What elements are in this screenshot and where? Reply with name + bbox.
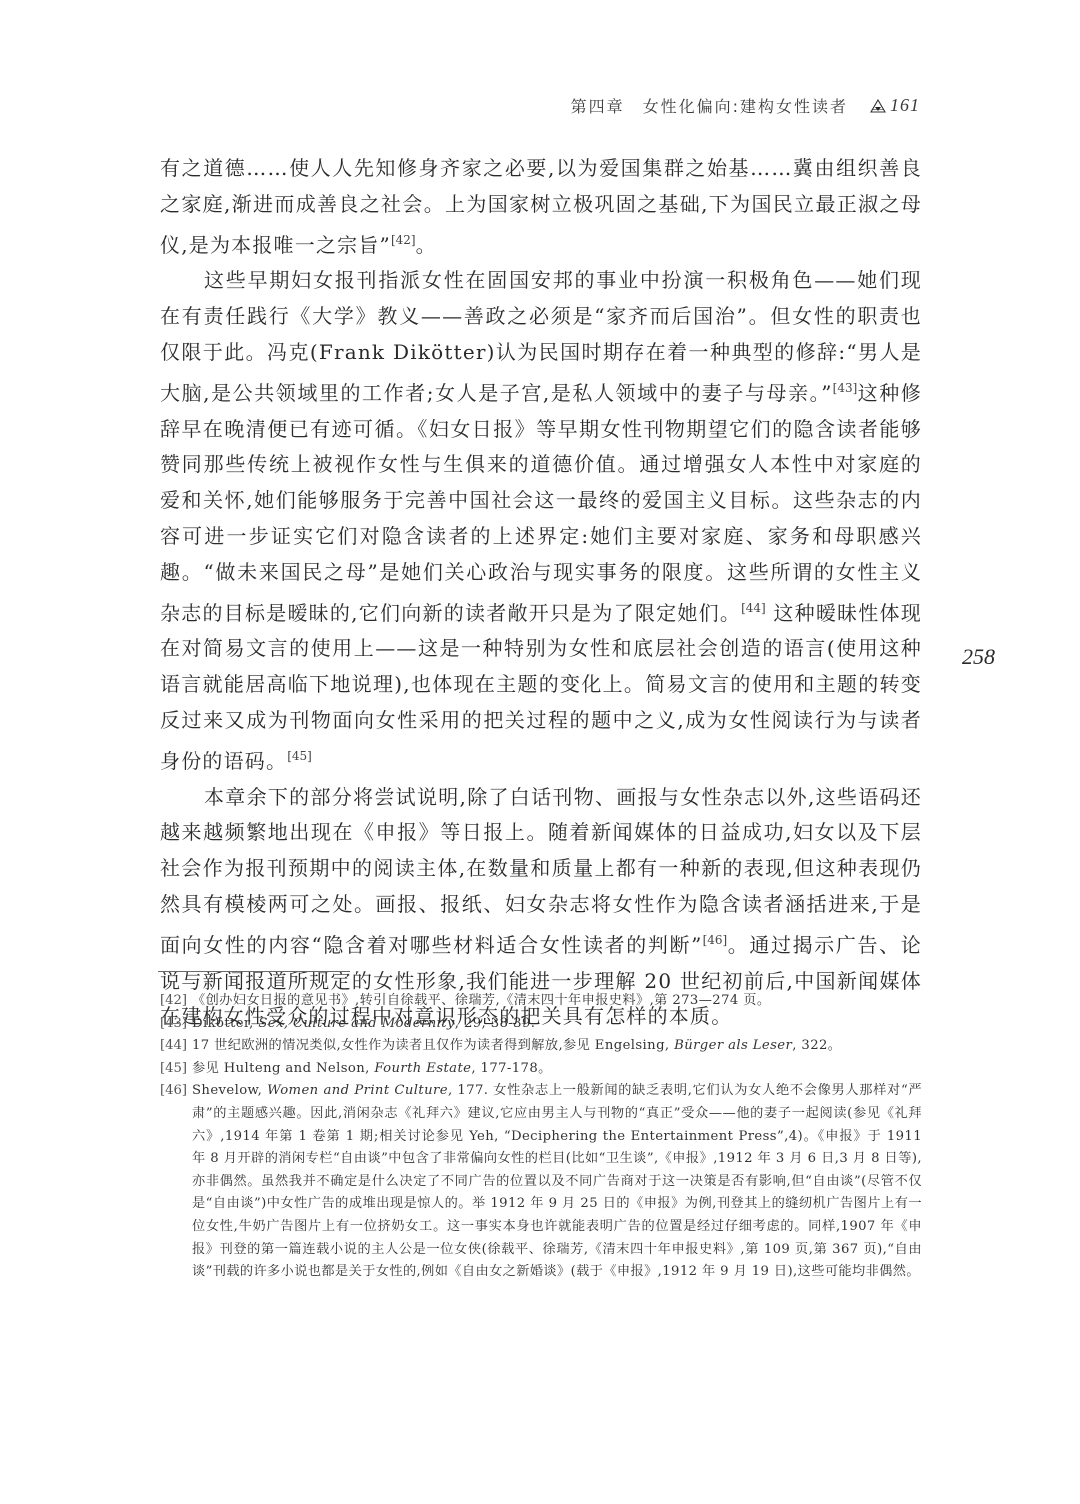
italic-title: Women and Print Culture	[267, 1083, 448, 1098]
footnote-reference[interactable]: [46]	[703, 933, 728, 947]
running-header: 第四章 女性化偏向:建构女性读者 161	[540, 92, 920, 118]
footnote-label: [43]	[160, 1013, 187, 1036]
page-number: 161	[890, 95, 920, 116]
footnote-label: [45]	[160, 1058, 187, 1081]
footnote: [43]Dikötter, Sex, Culture and Modernity…	[160, 1013, 922, 1036]
footnote-label: [46]	[160, 1080, 187, 1103]
chapter-label: 第四章	[571, 94, 625, 117]
footnote-reference[interactable]: [42]	[391, 233, 416, 247]
paragraph: 有之道德……使人人先知修身齐家之必要,以为爱国集群之始基……冀由组织善良之家庭,…	[160, 151, 922, 263]
footnote: [42]《创办妇女日报的意见书》,转引自徐载平、徐瑞芳,《清末四十年申报史料》,…	[160, 990, 922, 1013]
footnote-reference[interactable]: [45]	[287, 749, 312, 763]
footnote-reference[interactable]: [43]	[833, 381, 858, 395]
paragraph: 这些早期妇女报刊指派女性在固国安邦的事业中扮演一积极角色——她们现在有责任践行《…	[160, 263, 922, 779]
footnotes: [42]《创办妇女日报的意见书》,转引自徐载平、徐瑞芳,《清末四十年申报史料》,…	[160, 990, 922, 1284]
chapter-title: 女性化偏向:建构女性读者	[643, 94, 848, 117]
footnote: [44]17 世纪欧洲的情况类似,女性作为读者且仅作为读者得到解放,参见 Eng…	[160, 1035, 922, 1058]
body-text: 有之道德……使人人先知修身齐家之必要,以为爱国集群之始基……冀由组织善良之家庭,…	[160, 151, 922, 1035]
original-page-number: 258	[962, 644, 995, 670]
footnote: [45]参见 Hulteng and Nelson, Fourth Estate…	[160, 1058, 922, 1081]
triangle-ornament-icon	[870, 98, 886, 112]
italic-title: Bürger als Leser	[674, 1038, 792, 1053]
italic-title: Fourth Estate	[374, 1061, 471, 1076]
footnote-separator	[158, 971, 350, 972]
footnote-label: [44]	[160, 1035, 187, 1058]
footnote-label: [42]	[160, 990, 187, 1013]
italic-title: Sex, Culture and Modernity	[258, 1016, 454, 1031]
footnote: [46]Shevelow, Women and Print Culture, 1…	[160, 1080, 922, 1283]
footnote-reference[interactable]: [44]	[741, 601, 766, 615]
